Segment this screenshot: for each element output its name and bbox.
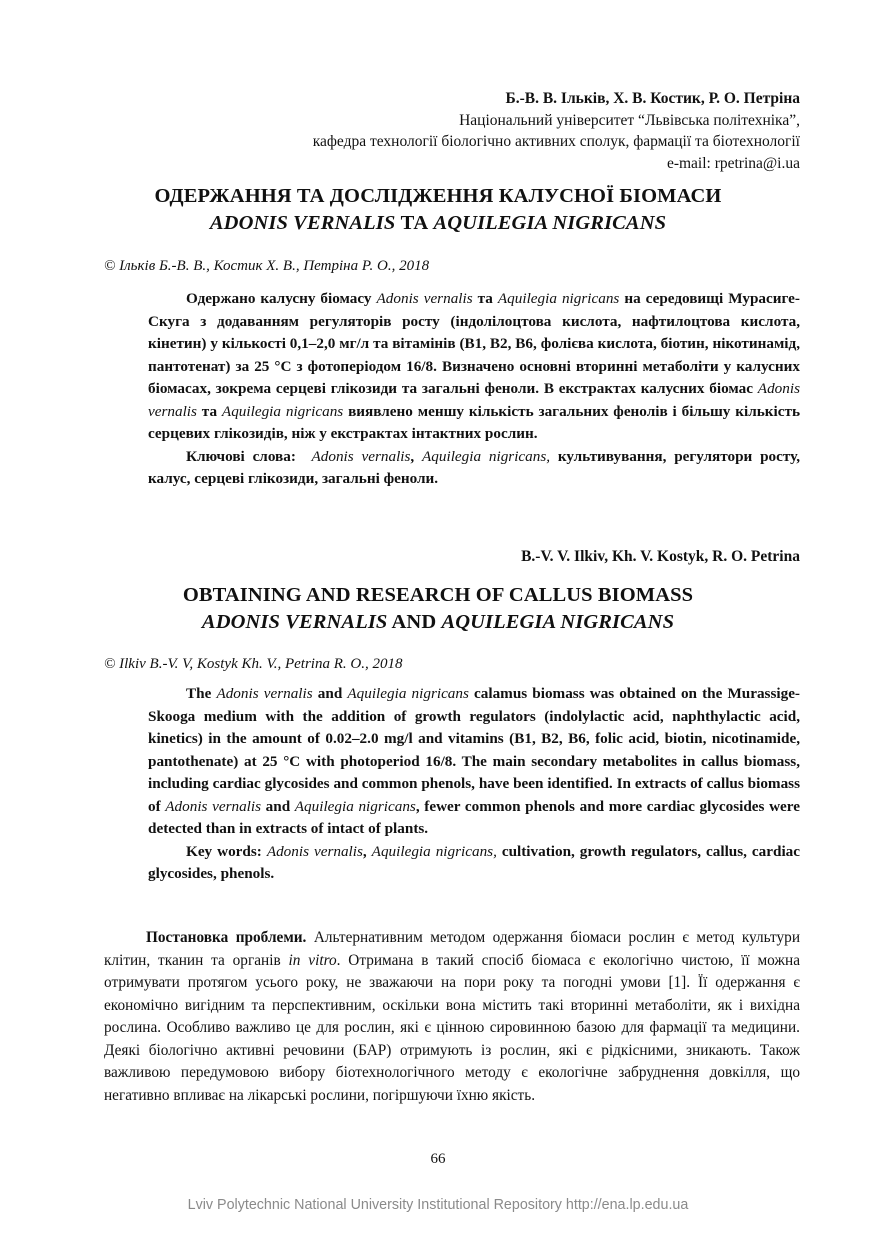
ua-title-line2: ADONIS VERNALIS ТА AQUILEGIA NIGRICANS <box>0 210 876 237</box>
en-title: OBTAINING AND RESEARCH OF CALLUS BIOMASS… <box>0 582 876 636</box>
body-paragraph: Постановка проблеми. Альтернативним мето… <box>104 927 800 1107</box>
section-heading: Постановка проблеми. <box>146 929 306 946</box>
en-title-conj: AND <box>387 611 441 633</box>
en-keywords: Key words: Adonis vernalis, Aquilegia ni… <box>148 841 800 886</box>
ua-title-line1: ОДЕРЖАННЯ ТА ДОСЛІДЖЕННЯ КАЛУСНОЇ БІОМАС… <box>0 183 876 210</box>
en-abstract: The Adonis vernalis and Aquilegia nigric… <box>148 683 800 886</box>
ua-title: ОДЕРЖАННЯ ТА ДОСЛІДЖЕННЯ КАЛУСНОЇ БІОМАС… <box>0 183 876 237</box>
en-author-block: B.-V. V. Ilkiv, Kh. V. Kostyk, R. O. Pet… <box>521 546 800 568</box>
ua-title-conj: ТА <box>395 212 433 234</box>
ua-keywords: Ключові слова: Adonis vernalis, Aquilegi… <box>148 446 800 491</box>
ua-affiliation-department: кафедра технології біологічно активних с… <box>313 131 800 153</box>
en-keywords-label: Key words: <box>186 843 267 860</box>
body-section: Постановка проблеми. Альтернативним мето… <box>104 927 800 1107</box>
en-title-line1: OBTAINING AND RESEARCH OF CALLUS BIOMASS <box>0 582 876 609</box>
ua-abstract: Одержано калусну біомасу Adonis vernalis… <box>148 288 800 491</box>
ua-affiliation-university: Національний університет “Львівська полі… <box>313 110 800 132</box>
en-abstract-text: The Adonis vernalis and Aquilegia nigric… <box>148 683 800 841</box>
ua-title-species1: ADONIS VERNALIS <box>210 212 396 234</box>
page-number: 66 <box>0 1151 876 1168</box>
ua-copyright: © Ільків Б.-В. В., Костик Х. В., Петріна… <box>104 258 429 275</box>
ua-email[interactable]: e-mail: rpetrina@i.ua <box>313 153 800 175</box>
en-title-line2: ADONIS VERNALIS AND AQUILEGIA NIGRICANS <box>0 609 876 636</box>
ua-abstract-text: Одержано калусну біомасу Adonis vernalis… <box>148 288 800 446</box>
repository-footer[interactable]: Lviv Polytechnic National University Ins… <box>0 1197 876 1213</box>
en-copyright: © Ilkiv B.-V. V, Kostyk Kh. V., Petrina … <box>104 656 402 673</box>
en-authors: B.-V. V. Ilkiv, Kh. V. Kostyk, R. O. Pet… <box>521 546 800 568</box>
en-title-species1: ADONIS VERNALIS <box>202 611 388 633</box>
ua-authors: Б.-В. В. Ільків, Х. В. Костик, Р. О. Пет… <box>313 88 800 110</box>
en-title-species2: AQUILEGIA NIGRICANS <box>441 611 674 633</box>
ua-author-block: Б.-В. В. Ільків, Х. В. Костик, Р. О. Пет… <box>313 88 800 174</box>
ua-keywords-label: Ключові слова: <box>186 448 312 465</box>
ua-title-species2: AQUILEGIA NIGRICANS <box>434 212 667 234</box>
